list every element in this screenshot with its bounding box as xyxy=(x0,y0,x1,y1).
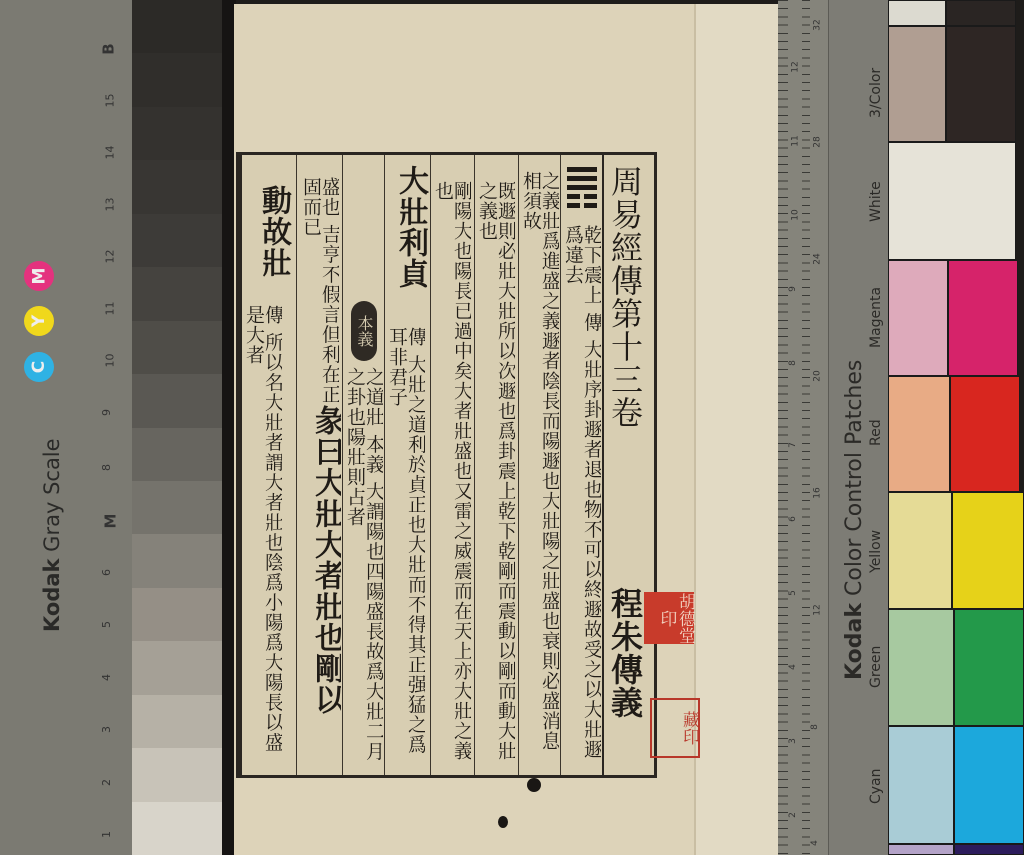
patch-yellow-dark xyxy=(952,492,1024,609)
label-3color: 3/Color xyxy=(868,68,884,118)
title-column: 周易經傳第十三卷 程朱傳義 xyxy=(602,155,647,775)
inch-9: 9 xyxy=(788,286,798,292)
gray-patch xyxy=(132,0,222,53)
inch-10: 10 xyxy=(791,209,801,220)
red-seal-filled: 胡德堂印 xyxy=(644,592,694,644)
text-column-7: 盛也 吉亨不假言但利在正固而已 彖曰大壯大者壯也剛以 xyxy=(296,155,343,775)
patch-blue-light xyxy=(888,844,954,855)
patch-magenta-dark xyxy=(948,260,1018,376)
gray-patch xyxy=(132,160,222,213)
gray-patch xyxy=(132,588,222,641)
commentary-text: 之義壯爲進盛之義遯者陰長而陽遯也大壯陽之壯盛也衰則必盛消息相須故 xyxy=(521,171,559,766)
printed-text-frame: 周易經傳第十三卷 程朱傳義 乾下震上 傳 大壯序卦遯者退也物不可以終遯故受之以大… xyxy=(236,152,657,778)
label-red: Red xyxy=(868,419,884,446)
tick-6: 6 xyxy=(100,569,113,576)
label-magenta: Magenta xyxy=(868,287,884,348)
label-cyan: Cyan xyxy=(868,768,884,804)
yellow-dot: Y xyxy=(24,306,54,336)
inch-12: 12 xyxy=(791,61,801,72)
text-column-5: 大壯利貞 傳 大壯之道利於貞正也大壯而不得其正强猛之爲耳非君子 xyxy=(384,155,431,775)
gray-patch-strip xyxy=(132,0,222,855)
gray-patch xyxy=(132,641,222,694)
gray-patch xyxy=(132,214,222,267)
gray-patch xyxy=(132,534,222,587)
gray-patch xyxy=(132,107,222,160)
gray-patch xyxy=(132,53,222,106)
tick-10: 10 xyxy=(104,354,117,368)
patch-green-dark xyxy=(954,609,1024,726)
label-white: White xyxy=(868,181,884,222)
ben-yi-stamp-icon: 本義 xyxy=(351,301,377,361)
patch-cyan-dark xyxy=(954,726,1024,844)
gray-patch xyxy=(132,748,222,801)
patch-green-light xyxy=(888,609,954,726)
gray-patch xyxy=(132,428,222,481)
patch-blue-dark xyxy=(954,844,1024,855)
tick-11: 11 xyxy=(104,302,117,316)
cm-4: 4 xyxy=(810,840,820,846)
text-column-3: 既遯則必壯大壯所以次遯也爲卦震上乾下乾剛而震動以剛而動大壯之義也 xyxy=(474,155,519,775)
cm-32: 32 xyxy=(813,19,823,30)
tick-1: 1 xyxy=(100,831,113,838)
tick-5: 5 xyxy=(100,621,113,628)
tick-9: 9 xyxy=(100,409,113,416)
ruler-scale: 32 28 24 20 16 12 8 4 12 11 10 9 8 7 6 5… xyxy=(778,0,829,855)
text-column-2: 之義壯爲進盛之義遯者陰長而陽遯也大壯陽之壯盛也衰則必盛消息相須故 xyxy=(518,155,561,775)
patch-red-dark xyxy=(950,376,1020,492)
commentary-text: 之道壯 本義 大謂陽也四陽盛長故爲大壯二月之卦也陽壯則占者 xyxy=(345,367,383,767)
gray-patch xyxy=(132,481,222,534)
hexagram-icon xyxy=(567,163,597,212)
cm-16: 16 xyxy=(813,487,823,498)
tick-13: 13 xyxy=(104,198,117,212)
tick-B: B xyxy=(100,43,118,54)
inch-6: 6 xyxy=(788,516,798,522)
classic-text: 動故壯 xyxy=(258,185,288,278)
gray-patch xyxy=(132,695,222,748)
inch-11: 11 xyxy=(791,135,801,146)
inch-5: 5 xyxy=(788,590,798,596)
gray-patch xyxy=(132,267,222,320)
commentary-text: 既遯則必壯大壯所以次遯也爲卦震上乾下乾剛而震動以剛而動大壯之義也 xyxy=(477,181,515,766)
cm-12: 12 xyxy=(813,604,823,615)
patch-3color-dark xyxy=(946,26,1016,142)
text-column-6: 本義 之道壯 本義 大謂陽也四陽盛長故爲大壯二月之卦也陽壯則占者 xyxy=(342,155,385,775)
patch-magenta-light xyxy=(888,260,948,376)
inch-7: 7 xyxy=(788,442,798,448)
label-yellow: Yellow xyxy=(868,530,884,573)
gray-scale-label: Kodak Gray Scale xyxy=(40,438,64,632)
commentary-text: 傳 大壯之道利於貞正也大壯而不得其正强猛之爲耳非君子 xyxy=(387,327,425,767)
tick-8: 8 xyxy=(100,464,113,471)
color-card-title: Kodak Color Control Patches xyxy=(842,360,867,680)
tick-M: M xyxy=(101,514,119,529)
gray-patch xyxy=(132,321,222,374)
commentary-text: 傳 所以名大壯者謂大者壯也陰爲小陽爲大陽長以盛是大者 xyxy=(244,305,282,765)
commentary-text: 剛陽大也陽長已過中矣大者壯盛也又雷之威震而在天上亦大壯之義也 xyxy=(433,181,471,766)
cm-8: 8 xyxy=(810,724,820,730)
classic-text: 大壯利貞 xyxy=(395,165,425,289)
commentary-text: 乾下震上 傳 大壯序卦遯者退也物不可以終遯故受之以大壯遯爲違去 xyxy=(563,225,601,770)
gray-patch xyxy=(132,374,222,427)
cm-20: 20 xyxy=(813,370,823,381)
ink-spot xyxy=(498,816,508,828)
patch-dark-top xyxy=(946,0,1016,26)
tick-2: 2 xyxy=(100,779,113,786)
patch-cyan-light xyxy=(888,726,954,844)
ink-spot xyxy=(527,778,541,792)
commentary-text: 盛也 吉亨不假言但利在正固而已 xyxy=(301,177,339,407)
red-seal-outline: 藏印 xyxy=(650,698,700,758)
inch-2: 2 xyxy=(788,812,798,818)
magenta-dot: M xyxy=(24,261,54,291)
book-title: 周易經傳第十三卷 xyxy=(609,165,641,429)
tick-12: 12 xyxy=(104,250,117,264)
text-column-8: 動故壯 傳 所以名大壯者謂大者壯也陰爲小陽爲大陽長以盛是大者 xyxy=(242,155,296,775)
tick-3: 3 xyxy=(100,726,113,733)
patch-white xyxy=(888,142,1016,260)
tick-15: 15 xyxy=(104,94,117,108)
book-subtitle: 程朱傳義 xyxy=(609,587,641,719)
color-patches xyxy=(888,0,1024,855)
inch-4: 4 xyxy=(788,664,798,670)
patch-3color-light xyxy=(888,26,946,142)
gray-scale-card: C Y M Kodak Gray Scale B 15 14 13 12 11 … xyxy=(0,0,132,855)
tuan-text: 彖曰大壯大者壯也剛以 xyxy=(311,405,341,770)
page-fore-edge xyxy=(694,4,778,855)
inch-8: 8 xyxy=(788,360,798,366)
tick-14: 14 xyxy=(104,146,117,160)
cm-24: 24 xyxy=(813,253,823,264)
cm-28: 28 xyxy=(813,136,823,147)
text-column-1: 乾下震上 傳 大壯序卦遯者退也物不可以終遯故受之以大壯遯爲違去 xyxy=(560,155,603,775)
patch-yellow-light xyxy=(888,492,952,609)
text-column-4: 剛陽大也陽長已過中矣大者壯盛也又雷之威震而在天上亦大壯之義也 xyxy=(430,155,475,775)
gray-patch xyxy=(132,802,222,855)
cyan-dot: C xyxy=(24,352,54,382)
inch-3: 3 xyxy=(788,738,798,744)
patch-red-light xyxy=(888,376,950,492)
label-green: Green xyxy=(868,646,884,688)
tick-4: 4 xyxy=(100,674,113,681)
patch-white-top xyxy=(888,0,946,26)
